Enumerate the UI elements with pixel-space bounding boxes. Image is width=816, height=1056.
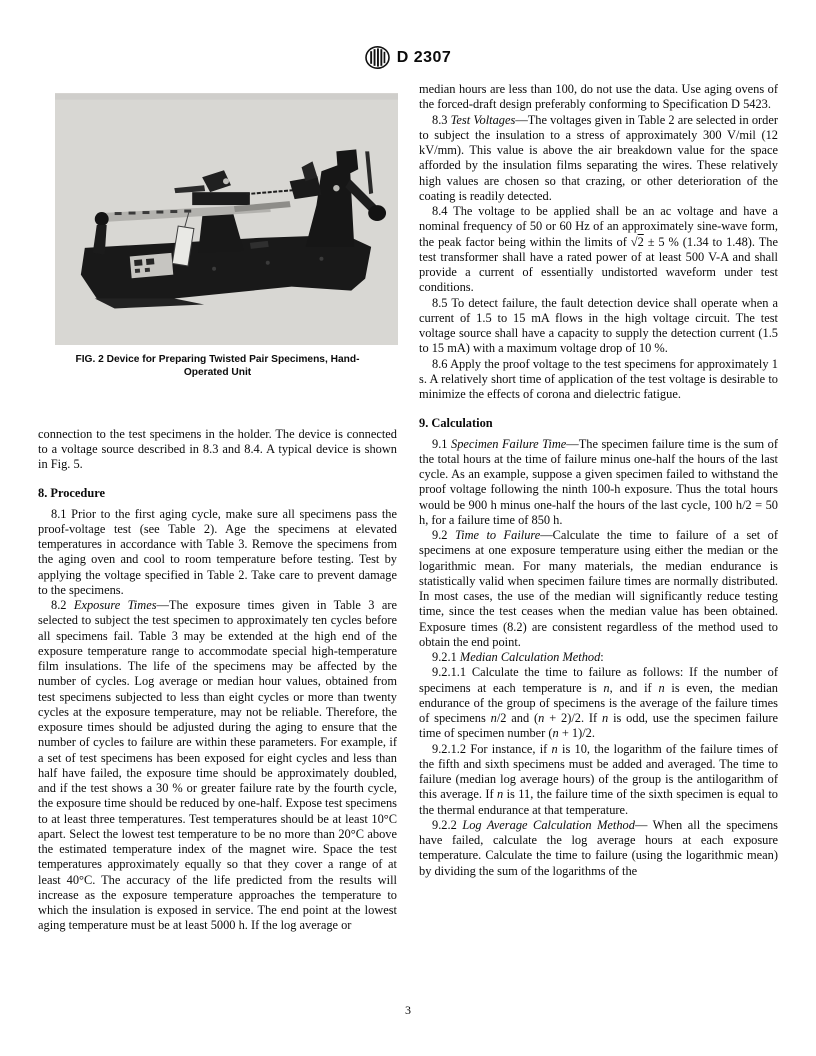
figure-2-photo xyxy=(55,93,398,345)
page-number: 3 xyxy=(405,1003,411,1017)
standard-number: D 2307 xyxy=(397,49,452,67)
left-column-text: connection to the test specimens in the … xyxy=(38,427,397,934)
page-body: FIG. 2 Device for Preparing Twisted Pair… xyxy=(38,82,778,934)
paragraph: 8.4 The voltage to be applied shall be a… xyxy=(419,204,778,296)
figure-caption-line: Operated Unit xyxy=(184,367,251,378)
paragraph: 9.2.1.1 Calculate the time to failure as… xyxy=(419,665,778,741)
paragraph: 9.2.2 Log Average Calculation Method— Wh… xyxy=(419,818,778,879)
left-column: FIG. 2 Device for Preparing Twisted Pair… xyxy=(38,82,397,934)
figure-2: FIG. 2 Device for Preparing Twisted Pair… xyxy=(38,93,397,380)
page-header: D 2307 xyxy=(0,46,816,69)
paragraph: 9.2 Time to Failure—Calculate the time t… xyxy=(419,528,778,650)
right-column: median hours are less than 100, do not u… xyxy=(419,82,778,934)
page-footer: 3 xyxy=(0,1003,816,1018)
section-heading: 9. Calculation xyxy=(419,416,778,431)
paragraph: 8.3 Test Voltages—The voltages given in … xyxy=(419,113,778,205)
paragraph: median hours are less than 100, do not u… xyxy=(419,82,778,113)
paragraph: 9.2.1 Median Calculation Method: xyxy=(419,650,778,665)
paragraph: 8.6 Apply the proof voltage to the test … xyxy=(419,357,778,403)
astm-logo-icon xyxy=(365,46,390,69)
figure-2-caption: FIG. 2 Device for Preparing Twisted Pair… xyxy=(38,354,397,380)
paragraph: 9.1 Specimen Failure Time—The specimen f… xyxy=(419,437,778,529)
paragraph: 9.2.1.2 For instance, if n is 10, the lo… xyxy=(419,742,778,818)
paragraph: 8.2 Exposure Times—The exposure times gi… xyxy=(38,598,397,934)
section-heading: 8. Procedure xyxy=(38,486,397,501)
paragraph: connection to the test specimens in the … xyxy=(38,427,397,473)
paragraph: 8.5 To detect failure, the fault detecti… xyxy=(419,296,778,357)
paragraph: 8.1 Prior to the first aging cycle, make… xyxy=(38,507,397,599)
right-column-text: median hours are less than 100, do not u… xyxy=(419,82,778,879)
figure-caption-line: FIG. 2 Device for Preparing Twisted Pair… xyxy=(75,354,359,365)
document-page: D 2307 xyxy=(0,0,816,1056)
